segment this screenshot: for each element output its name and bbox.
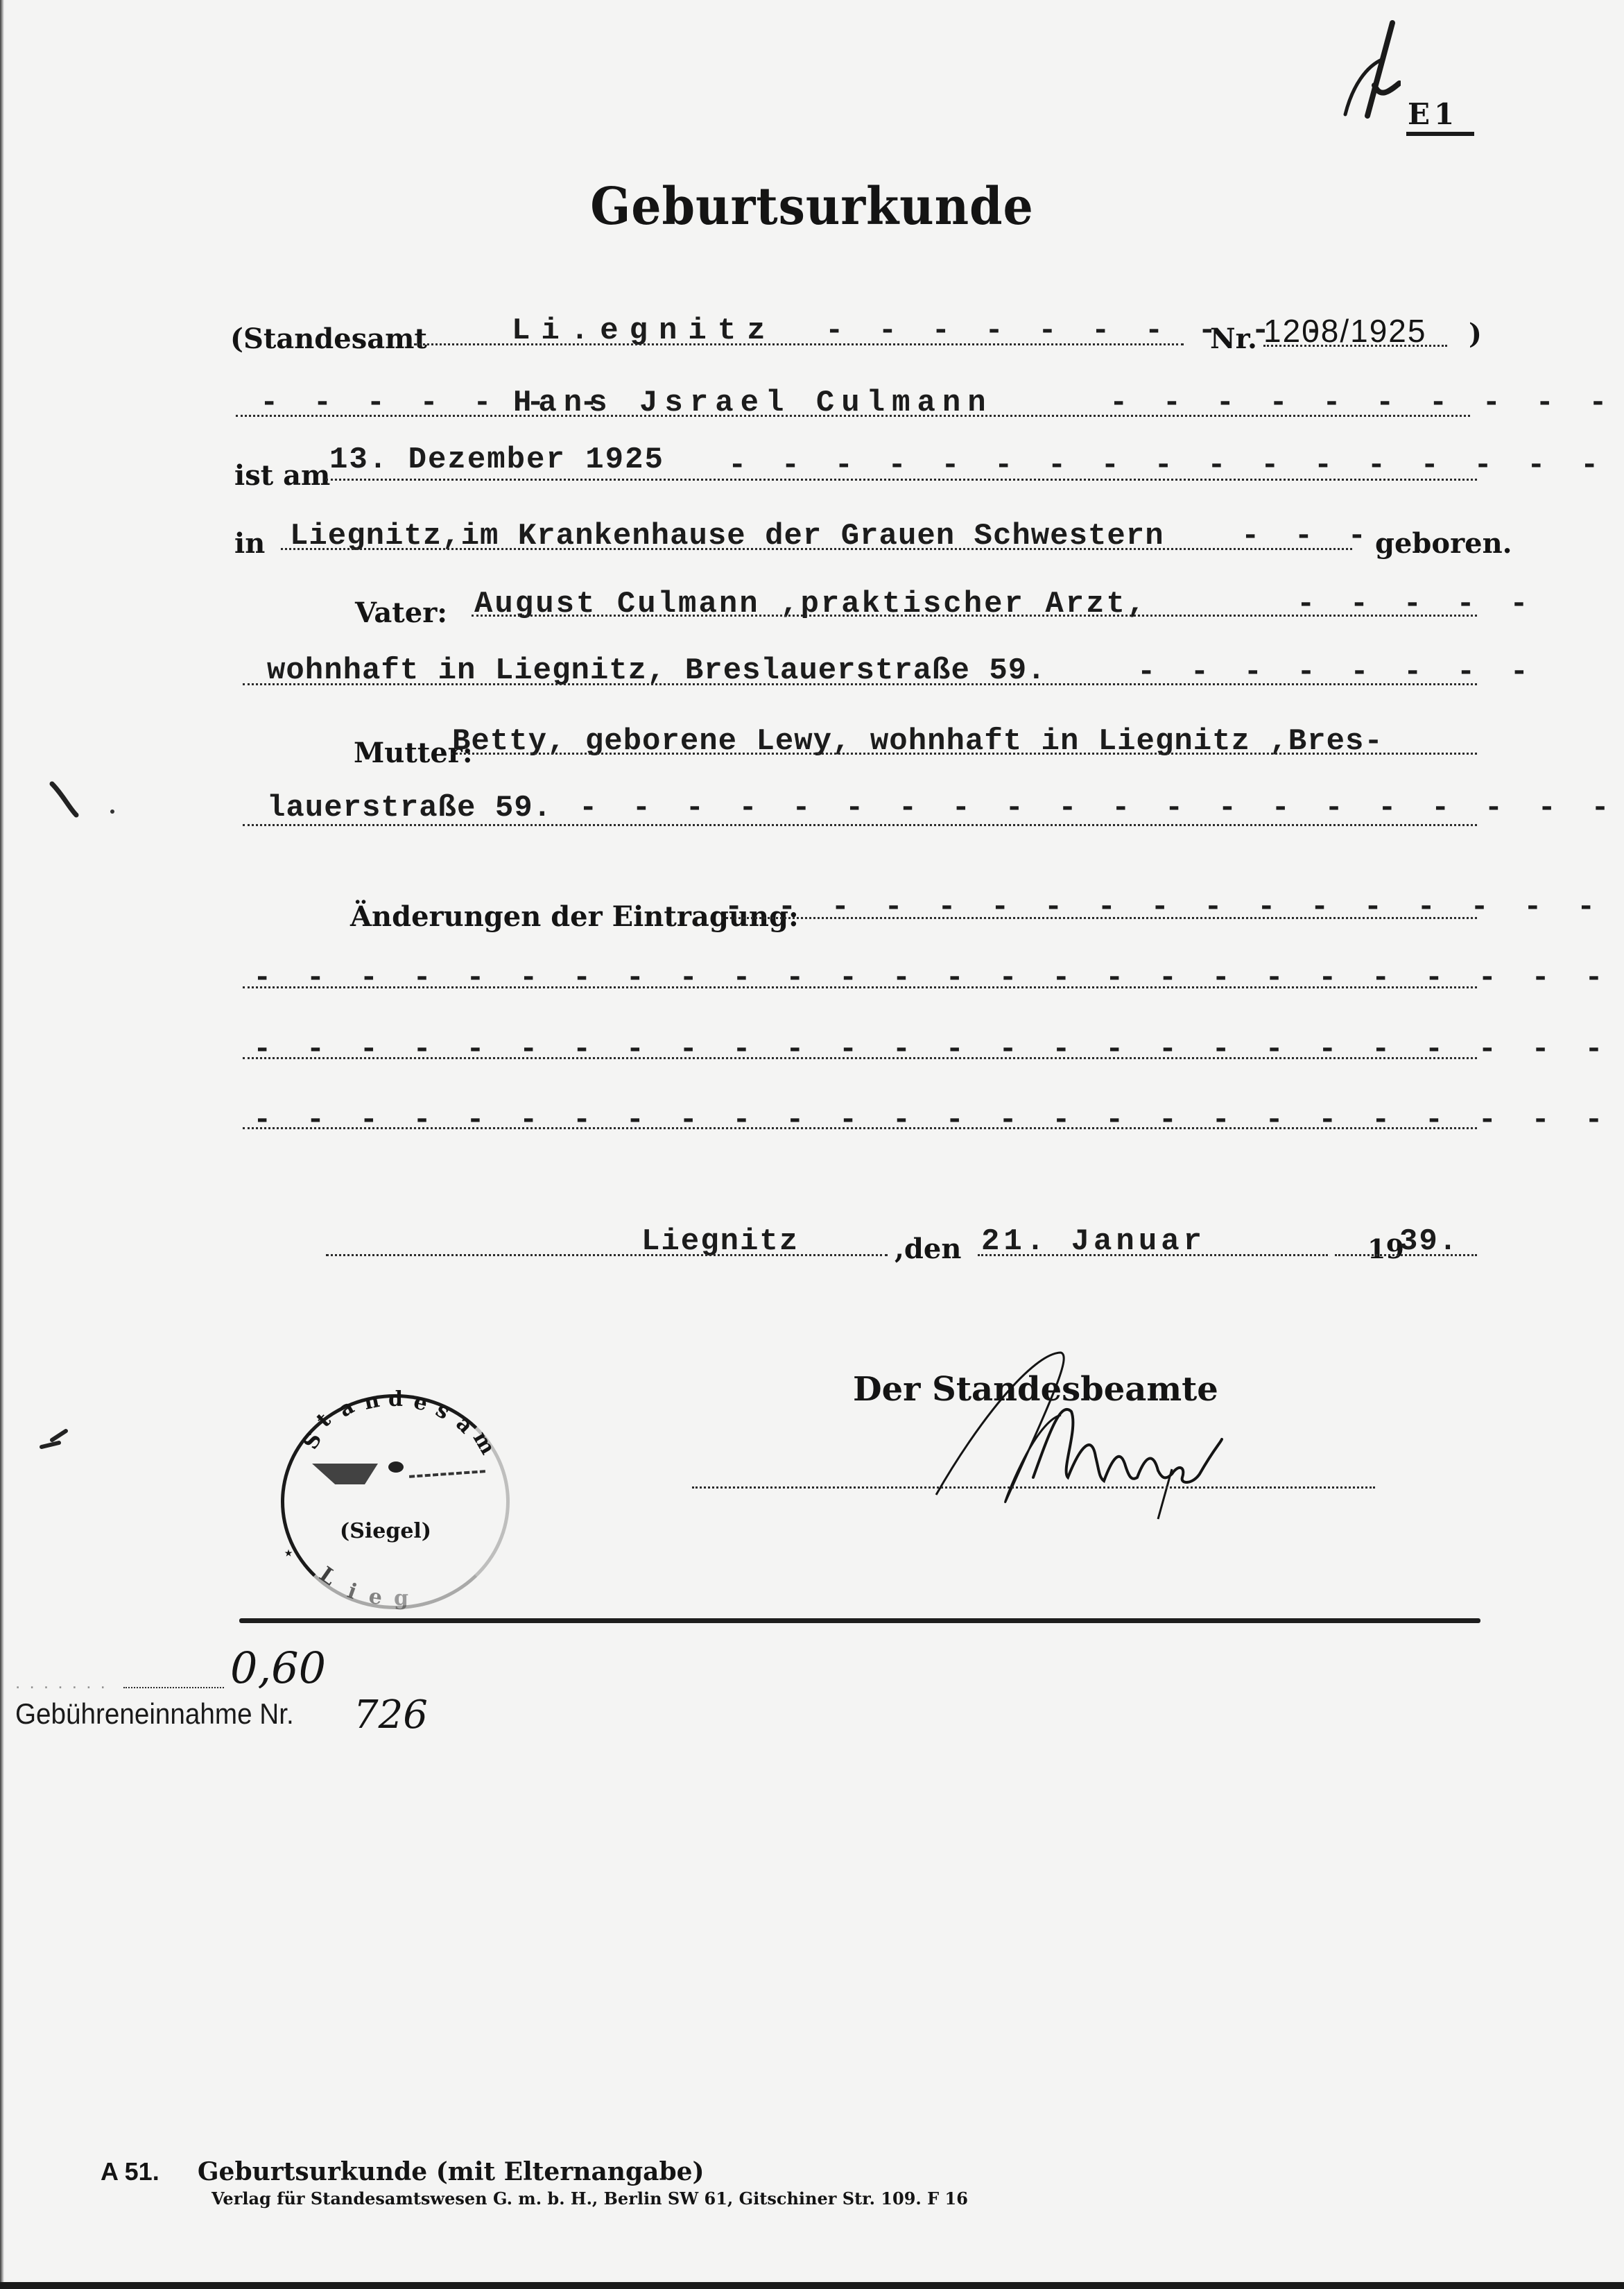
mother-line2: lauerstraße 59.: [267, 791, 552, 825]
mother-line2-dashes: - - - - - - - - - - - - - - - - - - - - …: [579, 791, 1624, 825]
amendments-line1-dashes: - - - - - - - - - - - - - - - - - -: [725, 890, 1624, 925]
birth-date-underline: [326, 479, 1477, 481]
seal-center-label: (Siegel): [340, 1519, 431, 1543]
birth-place-underline: [281, 548, 1352, 550]
eagle-emblem-icon: [312, 1464, 378, 1484]
amendments-line4-dashes: - - - - - - - - - - - - - - - - - - - - …: [253, 1103, 1624, 1138]
birth-place-suffix: geboren.: [1375, 527, 1512, 560]
footer-form-number: A 51.: [101, 2157, 159, 2186]
father-line1-underline: [472, 615, 1477, 617]
fee-amount-underline: [123, 1687, 224, 1688]
amendments-line2-underline: [243, 986, 1477, 988]
scan-left-edge: [0, 0, 4, 2289]
section-divider: [239, 1618, 1480, 1623]
registry-label: (Standesamt: [230, 323, 427, 355]
margin-ink-mark-2: [38, 1428, 80, 1462]
fee-amount-handwritten: 0,60: [230, 1643, 326, 1693]
mother-line2-underline: [243, 824, 1477, 826]
footer-publisher: Verlag für Standesamtswesen G. m. b. H.,…: [211, 2188, 968, 2209]
issue-date-underline: [978, 1254, 1328, 1256]
issue-year-prefix: 19: [1367, 1233, 1404, 1264]
registry-number-label: Nr.: [1210, 323, 1257, 355]
form-code-underline: [1406, 132, 1474, 136]
signature-line: [692, 1486, 1375, 1489]
seal-star-icon: ★: [284, 1543, 293, 1561]
father-line2-underline: [243, 683, 1477, 685]
registry-number-value: 1208/1925: [1263, 312, 1426, 350]
amendments-line3-dashes: - - - - - - - - - - - - - - - - - - - - …: [253, 1032, 1624, 1067]
eagle-head-icon: [388, 1461, 404, 1473]
issue-year-underline: [1335, 1254, 1477, 1256]
amendments-line4-underline: [243, 1127, 1477, 1129]
footer-form-title: Geburtsurkunde (mit Elternangabe): [198, 2157, 705, 2186]
mother-line1-underline: [451, 753, 1477, 755]
birth-date-value: 13. Dezember 1925: [329, 443, 664, 477]
scan-bottom-edge: [0, 2282, 1624, 2289]
issue-place-underline: [326, 1254, 888, 1256]
registry-number-underline: [1263, 345, 1447, 347]
registrar-signature: [922, 1339, 1373, 1533]
fee-receipt-label: Gebühreneinnahme Nr.: [15, 1697, 294, 1731]
margin-ink-mark: [49, 780, 118, 829]
fee-label-faded: . . . . . . .: [15, 1672, 107, 1693]
birth-date-dashes: - - - - - - - - - - - - - - - - - - -: [728, 448, 1624, 483]
birth-place-label: in: [234, 527, 265, 560]
registry-close-paren: ): [1469, 318, 1482, 350]
amendments-line3-underline: [243, 1057, 1477, 1059]
father-label: Vater:: [355, 597, 447, 629]
official-seal: S t a n d e s a m ★ (Siegel) L i e g: [281, 1394, 510, 1609]
birth-date-label: ist am: [234, 459, 330, 492]
fee-receipt-number: 726: [354, 1692, 428, 1738]
amendments-line1-underline: [721, 917, 1477, 919]
document-title: Geburtsurkunde: [65, 177, 1560, 237]
amendments-line2-dashes: - - - - - - - - - - - - - - - - - - - - …: [253, 961, 1624, 995]
child-underline: [236, 415, 1470, 417]
issue-den-label: ,den: [895, 1233, 961, 1265]
form-code: E1: [1408, 97, 1458, 131]
handwritten-check-mark: [1338, 17, 1401, 121]
footer-form-line: A 51. Geburtsurkunde (mit Elternangabe): [101, 2157, 705, 2186]
registry-underline: [414, 343, 1184, 345]
